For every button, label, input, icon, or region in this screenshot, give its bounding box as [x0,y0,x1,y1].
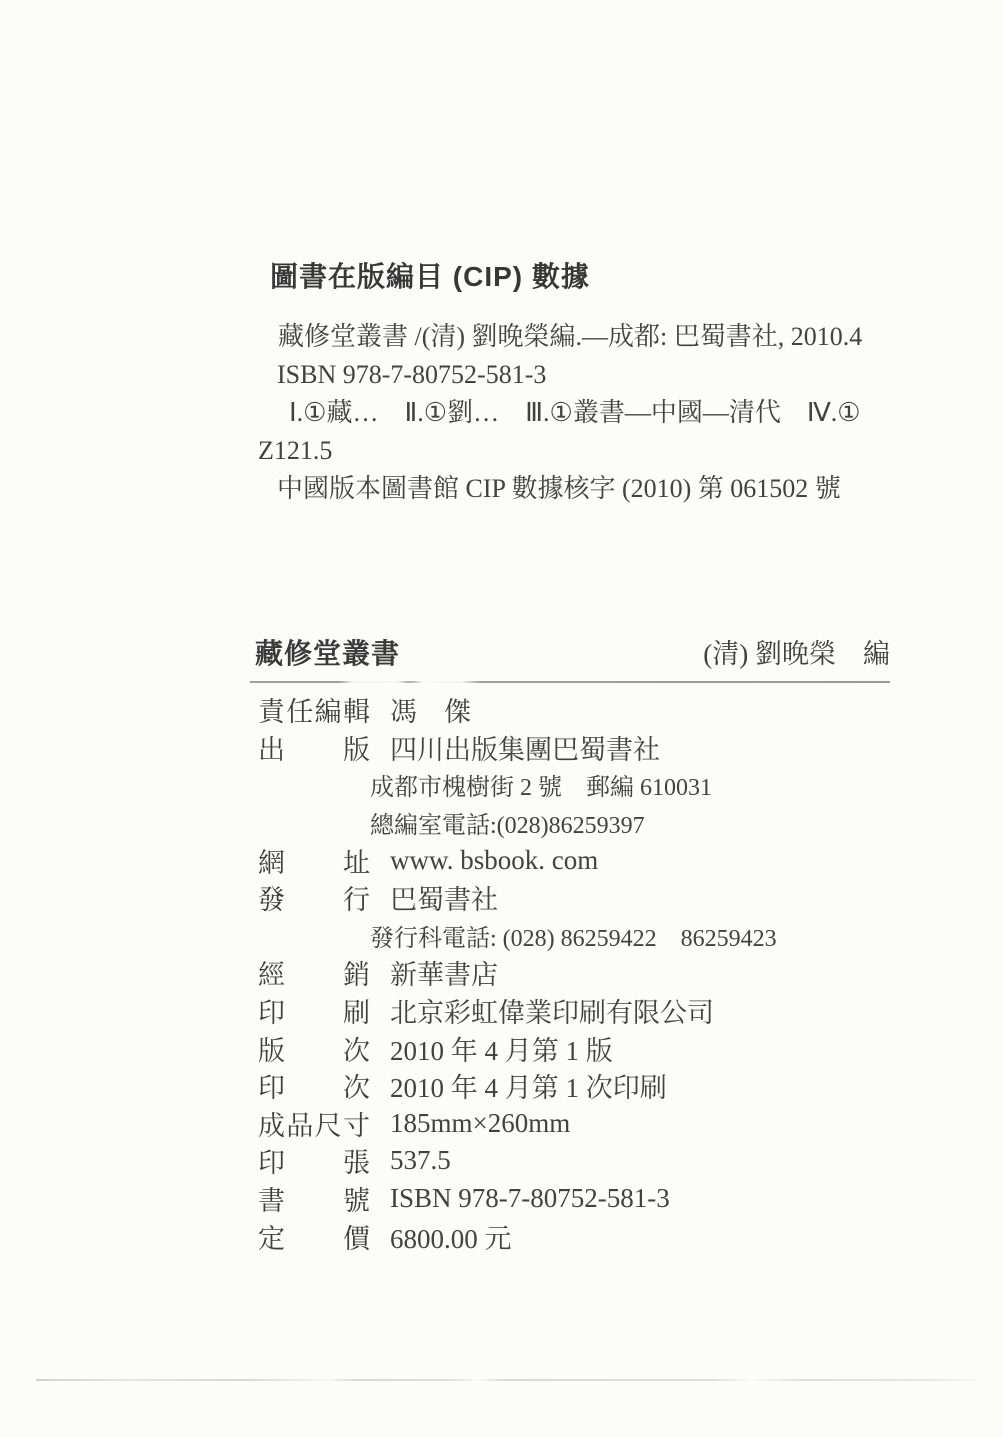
colophon-row-printing: 印次 2010 年 4 月第 1 次印刷 [258,1067,968,1105]
colophon-value: 北京彩虹偉業印刷有限公司 [390,991,714,1030]
colophon-subline-publisher-address: 成都市槐樹街 2 號 郵編 610031 [258,766,968,804]
scanned-copyright-page: 圖書在版編目 (CIP) 數據 藏修堂叢書 /(清) 劉晚榮編.—成都: 巴蜀書… [0,0,1003,1437]
cip-bibliographic-line: 藏修堂叢書 /(清) 劉晚榮編.—成都: 巴蜀書社, 2010.4 [258,318,888,356]
cip-classification-line: Ⅰ.①藏… Ⅱ.①劉… Ⅲ.①叢書—中國—清代 Ⅳ.① [258,394,888,432]
colophon-row-sheets: 印張 537.5 [258,1142,968,1180]
colophon-value: 2010 年 4 月第 1 版 [390,1029,613,1068]
colophon-value: www. bsbook. com [390,845,598,876]
colophon-row-printer: 印刷 北京彩虹偉業印刷有限公司 [258,992,968,1030]
colophon-value: 6800.00 元 [390,1217,512,1256]
colophon-label: 發行 [258,878,370,917]
colophon-label: 網址 [258,841,370,880]
colophon-label: 定價 [258,1217,370,1256]
colophon-value: 2010 年 4 月第 1 次印刷 [390,1066,667,1105]
colophon-row-publisher: 出版 四川出版集團巴蜀書社 [258,729,968,767]
colophon-label: 版次 [258,1029,370,1068]
scan-edge-artifact [36,1379,975,1381]
colophon-value: ISBN 978-7-80752-581-3 [390,1183,670,1214]
title-row: 藏修堂叢書 (清) 劉晚榮 編 [250,632,890,672]
colophon-row-distributor: 發行 巴蜀書社 [258,879,968,917]
colophon-label: 印次 [258,1066,370,1105]
colophon-label: 印刷 [258,991,370,1030]
colophon-row-price: 定價 6800.00 元 [258,1217,968,1255]
colophon-label: 責任編輯 [258,690,370,729]
colophon-row-trim-size: 成品尺寸 185mm×260mm [258,1105,968,1143]
cip-isbn-line: ISBN 978-7-80752-581-3 [258,356,888,394]
cip-record-number-line: 中國版本圖書館 CIP 數據核字 (2010) 第 061502 號 [258,470,888,508]
title-block: 藏修堂叢書 (清) 劉晚榮 編 [250,632,890,683]
cip-classification-number: Z121.5 [258,432,888,470]
colophon-row-isbn: 書號 ISBN 978-7-80752-581-3 [258,1180,968,1218]
colophon-subline-editorial-phone: 總編室電話:(028)86259397 [258,804,968,842]
cip-heading: 圖書在版編目 (CIP) 數據 [270,260,888,294]
colophon-value: 537.5 [390,1145,451,1176]
colophon-value: 總編室電話:(028)86259397 [370,805,645,840]
colophon-label: 出版 [258,728,370,767]
title-divider-rule [250,681,890,683]
colophon-label: 書號 [258,1179,370,1218]
colophon-label: 經銷 [258,953,370,992]
colophon-value: 發行科電話: (028) 86259422 86259423 [370,918,777,953]
cip-section: 圖書在版編目 (CIP) 數據 藏修堂叢書 /(清) 劉晚榮編.—成都: 巴蜀書… [258,260,888,508]
colophon-value: 185mm×260mm [390,1108,570,1139]
book-author: (清) 劉晚榮 編 [703,632,890,671]
colophon-value: 成都市槐樹街 2 號 郵編 610031 [370,767,712,802]
colophon-row-responsible-editor: 責任編輯 馮 傑 [258,691,968,729]
colophon-subline-distribution-phone: 發行科電話: (028) 86259422 86259423 [258,917,968,955]
colophon-row-retailer: 經銷 新華書店 [258,954,968,992]
colophon-row-edition: 版次 2010 年 4 月第 1 版 [258,1029,968,1067]
colophon-value: 新華書店 [390,953,498,992]
colophon-value: 巴蜀書社 [390,878,498,917]
colophon-label: 成品尺寸 [258,1104,370,1143]
colophon-value: 馮 傑 [390,690,471,729]
colophon-section: 責任編輯 馮 傑 出版 四川出版集團巴蜀書社 成都市槐樹街 2 號 郵編 610… [258,691,968,1255]
colophon-value: 四川出版集團巴蜀書社 [390,728,660,767]
colophon-label: 印張 [258,1141,370,1180]
book-title: 藏修堂叢書 [250,632,400,672]
colophon-row-website: 網址 www. bsbook. com [258,841,968,879]
